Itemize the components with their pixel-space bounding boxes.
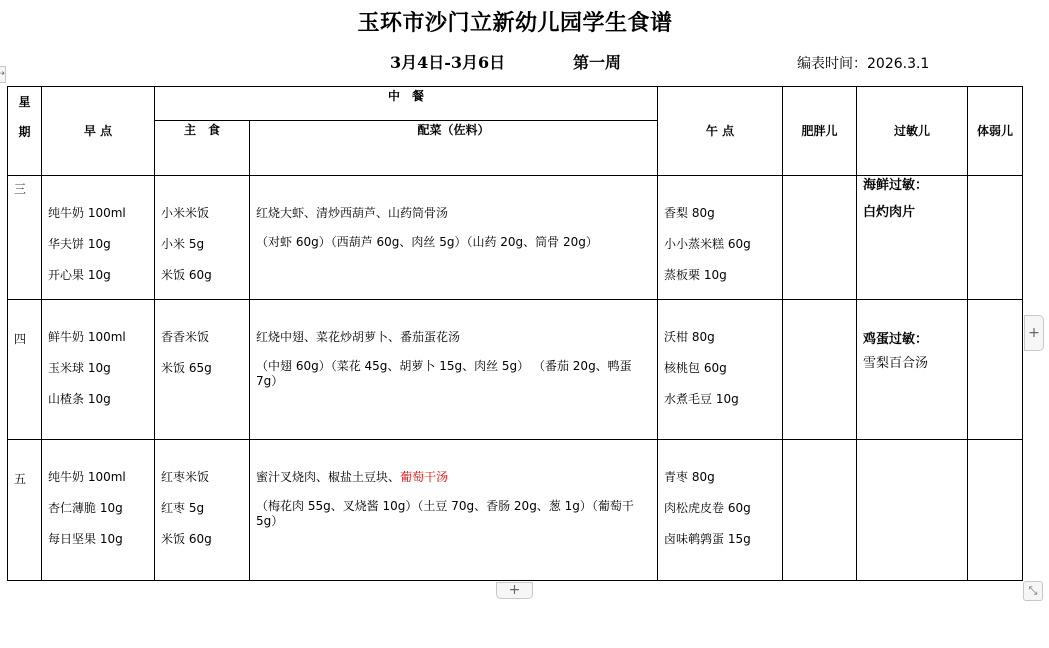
snack-cell: 沃柑 80g 核桃包 60g 水煮毛豆 10g [658, 300, 783, 440]
table-move-handle[interactable]: ⇢ [0, 66, 6, 83]
snack-item: 青枣 80g [664, 470, 782, 501]
staple-item: 米饭 60g [161, 532, 249, 563]
breakfast-cell: 纯牛奶 100ml 华夫饼 10g 开心果 10g [42, 176, 155, 300]
staple-item: 红枣 5g [161, 501, 249, 532]
snack-item: 水煮毛豆 10g [664, 392, 782, 423]
header-breakfast: 早 点 [42, 87, 155, 176]
obese-cell [783, 440, 857, 581]
allergy-cell: 海鲜过敏： 白灼肉片 [857, 176, 968, 300]
plus-icon: + [509, 582, 521, 598]
breakfast-item: 鲜牛奶 100ml [48, 330, 154, 361]
breakfast-item: 华夫饼 10g [48, 237, 154, 268]
allergy-label: 海鲜过敏： [863, 178, 967, 193]
header-staple: 主 食 [155, 121, 250, 176]
header-side-dish: 配菜（佐料） [250, 121, 658, 176]
table-resize-handle[interactable]: ⤡ [1023, 581, 1043, 601]
breakfast-item: 每日坚果 10g [48, 532, 154, 563]
snack-item: 核桃包 60g [664, 361, 782, 392]
allergy-food: 雪梨百合汤 [863, 356, 967, 371]
staple-item: 米饭 60g [161, 268, 249, 299]
staple-item: 小米 5g [161, 237, 249, 268]
header-afternoon-snack: 午 点 [658, 87, 783, 176]
header-day-top: 星 [8, 87, 41, 117]
table-row: 五 纯牛奶 100ml 杏仁薄脆 10g 每日坚果 10g 红枣米饭 红枣 5g… [8, 440, 1023, 581]
plus-icon: + [1028, 325, 1040, 341]
day-cell: 五 [8, 440, 42, 581]
add-column-button[interactable]: + [1024, 315, 1044, 351]
snack-cell: 青枣 80g 肉松虎皮卷 60g 卤味鹌鹑蛋 15g [658, 440, 783, 581]
compile-time: 编表时间：2026.3.1 [797, 53, 929, 73]
breakfast-item: 杏仁薄脆 10g [48, 501, 154, 532]
dish-cell: 红烧大虾、清炒西葫芦、山药筒骨汤 （对虾 60g）（西葫芦 60g、肉丝 5g）… [250, 176, 658, 300]
snack-cell: 香梨 80g 小小蒸米糕 60g 蒸板栗 10g [658, 176, 783, 300]
allergy-label: 鸡蛋过敏： [863, 332, 967, 347]
staple-cell: 香香米饭 米饭 65g [155, 300, 250, 440]
weak-cell [968, 300, 1023, 440]
table-row: 三 纯牛奶 100ml 华夫饼 10g 开心果 10g 小米米饭 小米 5g 米… [8, 176, 1023, 300]
staple-item: 小米米饭 [161, 206, 249, 237]
add-row-button[interactable]: + [496, 582, 533, 599]
snack-item: 肉松虎皮卷 60g [664, 501, 782, 532]
dish-details: （梅花肉 55g、叉烧酱 10g）（土豆 70g、香肠 20g、葱 1g）（葡萄… [256, 499, 653, 529]
snack-item: 小小蒸米糕 60g [664, 237, 782, 268]
staple-item: 香香米饭 [161, 330, 249, 361]
snack-item: 蒸板栗 10g [664, 268, 782, 299]
obese-cell [783, 300, 857, 440]
weak-cell [968, 440, 1023, 581]
dish-names: 蜜汁叉烧肉、椒盐土豆块、 [256, 470, 400, 484]
resize-icon: ⤡ [1029, 584, 1038, 597]
header-day-bottom: 期 [8, 117, 41, 147]
weak-cell [968, 176, 1023, 300]
header-weak: 体弱儿 [968, 87, 1023, 176]
allergy-food: 白灼肉片 [863, 205, 967, 220]
menu-table: 星 期 早 点 中 餐 午 点 肥胖儿 过敏儿 体弱儿 主 食 配菜（佐料） 三… [7, 86, 1023, 581]
dish-details: （中翅 60g）（菜花 45g、胡萝卜 15g、肉丝 5g） （番茄 20g、鸭… [256, 359, 653, 389]
staple-item: 红枣米饭 [161, 470, 249, 501]
allergy-cell: 鸡蛋过敏： 雪梨百合汤 [857, 300, 968, 440]
breakfast-cell: 纯牛奶 100ml 杏仁薄脆 10g 每日坚果 10g [42, 440, 155, 581]
staple-item: 米饭 65g [161, 361, 249, 392]
table-row: 四 鲜牛奶 100ml 玉米球 10g 山楂条 10g 香香米饭 米饭 65g … [8, 300, 1023, 440]
breakfast-cell: 鲜牛奶 100ml 玉米球 10g 山楂条 10g [42, 300, 155, 440]
header-obese: 肥胖儿 [783, 87, 857, 176]
staple-cell: 红枣米饭 红枣 5g 米饭 60g [155, 440, 250, 581]
day-cell: 四 [8, 300, 42, 440]
date-range: 3月4日-3月6日 [390, 50, 505, 73]
header-allergic: 过敏儿 [857, 87, 968, 176]
breakfast-item: 山楂条 10g [48, 392, 154, 423]
obese-cell [783, 176, 857, 300]
week-label: 第一周 [573, 50, 621, 73]
compile-time-label: 编表时间： [797, 56, 867, 72]
staple-cell: 小米米饭 小米 5g 米饭 60g [155, 176, 250, 300]
dish-cell: 蜜汁叉烧肉、椒盐土豆块、葡萄干汤 （梅花肉 55g、叉烧酱 10g）（土豆 70… [250, 440, 658, 581]
breakfast-item: 纯牛奶 100ml [48, 206, 154, 237]
dish-names: 红烧大虾、清炒西葫芦、山药筒骨汤 [256, 206, 448, 220]
day-cell: 三 [8, 176, 42, 300]
breakfast-item: 纯牛奶 100ml [48, 470, 154, 501]
dish-names-highlight: 葡萄干汤 [400, 470, 448, 484]
dish-names: 红烧中翅、菜花炒胡萝卜、番茄蛋花汤 [256, 330, 460, 344]
snack-item: 香梨 80g [664, 206, 782, 237]
dish-details: （对虾 60g）（西葫芦 60g、肉丝 5g）（山药 20g、筒骨 20g） [256, 235, 653, 250]
dish-cell: 红烧中翅、菜花炒胡萝卜、番茄蛋花汤 （中翅 60g）（菜花 45g、胡萝卜 15… [250, 300, 658, 440]
snack-item: 沃柑 80g [664, 330, 782, 361]
snack-item: 卤味鹌鹑蛋 15g [664, 532, 782, 563]
move-icon: ⇢ [0, 69, 5, 79]
breakfast-item: 玉米球 10g [48, 361, 154, 392]
header-day: 星 期 [8, 87, 42, 176]
allergy-cell [857, 440, 968, 581]
breakfast-item: 开心果 10g [48, 268, 154, 299]
document-title: 玉环市沙门立新幼儿园学生食谱 [0, 6, 1030, 37]
header-lunch: 中 餐 [155, 87, 658, 121]
compile-time-value: 2026.3.1 [867, 56, 929, 72]
